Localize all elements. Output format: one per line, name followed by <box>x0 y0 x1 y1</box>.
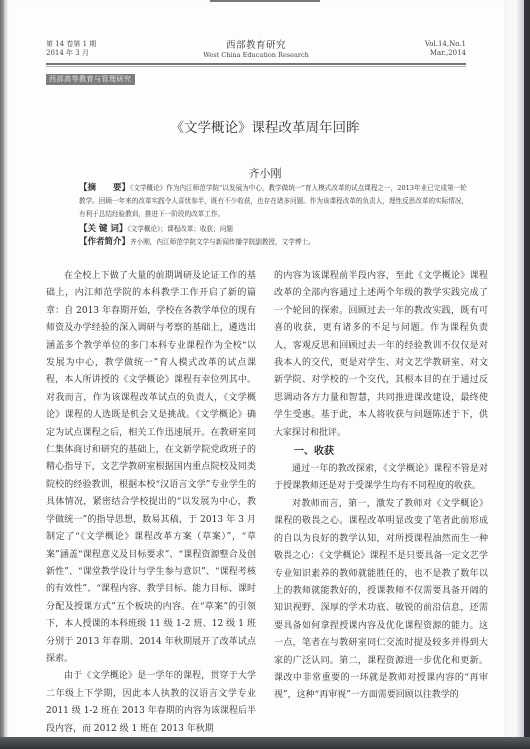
article-author: 齐小刚 <box>0 167 530 180</box>
scan-shadow <box>210 0 320 2</box>
date-en: Mar.,2014 <box>425 49 466 58</box>
paragraph: 对教师而言，第一，激发了教师对《文学概论》课程的敬畏之心。课程改革明显改变了笔者… <box>274 496 488 705</box>
section-tag: 西部高等教育与管理研究 <box>46 74 135 85</box>
page-fold-shadow <box>504 0 524 737</box>
paragraph: 由于《文学概论》是一学年的课程，贯穿于大学二年级上下学期，因此本人执教的汉语言文… <box>46 668 256 738</box>
paragraph: 在全校上下做了大量的前期调研及论证工作的基础上，内江师范学院的本科教学工作开启了… <box>46 268 256 668</box>
author-info: 【作者简介】齐小刚，内江师范学院文学与新闻传播学院副教授，文学博士。 <box>62 236 489 249</box>
body-column-right: 的内容为该课程前半段内容，至此《文学概论》课程改革的全部内容通过上述两个年级的教… <box>274 268 488 705</box>
paragraph: 的内容为该课程前半段内容，至此《文学概论》课程改革的全部内容通过上述两个年级的教… <box>274 268 488 442</box>
author-info-text: 齐小刚，内江师范学院文学与新闻传播学院副教授，文学博士。 <box>130 238 315 246</box>
abstract: 【摘 要】《文学概论》作为内江师范学院“以发展为中心，教学做统一”育人模式改革的… <box>62 182 472 221</box>
article-title: 《文学概论》课程改革周年回眸 <box>0 120 530 136</box>
paragraph: 通过一年的教改探索，《文学概论》课程不管是对于授课教师还是对于受课学生均有不同程… <box>274 461 488 496</box>
abstract-text: 《文学概论》作为内江师范学院“以发展为中心，教学做统一”育人模式改革的试点课程之… <box>79 184 468 218</box>
volume-en: Vol.14,No.1 <box>425 40 466 49</box>
header-center: 西部教育研究 West China Education Research <box>46 40 466 60</box>
journal-name-en: West China Education Research <box>46 51 466 60</box>
keywords-label: 【关 键 词】 <box>79 224 127 234</box>
journal-name-cn: 西部教育研究 <box>46 40 466 51</box>
body-column-left: 在全校上下做了大量的前期调研及论证工作的基础上，内江师范学院的本科教学工作开启了… <box>46 268 256 738</box>
page-right-edge <box>524 0 530 749</box>
header-rule <box>46 63 466 65</box>
author-info-label: 【作者简介】 <box>79 237 130 247</box>
running-header: 第 14 卷第 1 期 2014 年 3 月 西部教育研究 West China… <box>46 40 466 64</box>
header-right: Vol.14,No.1 Mar.,2014 <box>425 40 466 58</box>
section-heading: 一、收获 <box>274 442 488 461</box>
scan-bottom-edge <box>0 737 530 749</box>
header-rule-thin <box>46 66 466 67</box>
abstract-label: 【摘 要】 <box>79 183 130 193</box>
keywords: 【关 键 词】《文学概论》；课程改革；收获；问题 <box>62 223 489 236</box>
keywords-text: 《文学概论》；课程改革；收获；问题 <box>127 225 233 233</box>
